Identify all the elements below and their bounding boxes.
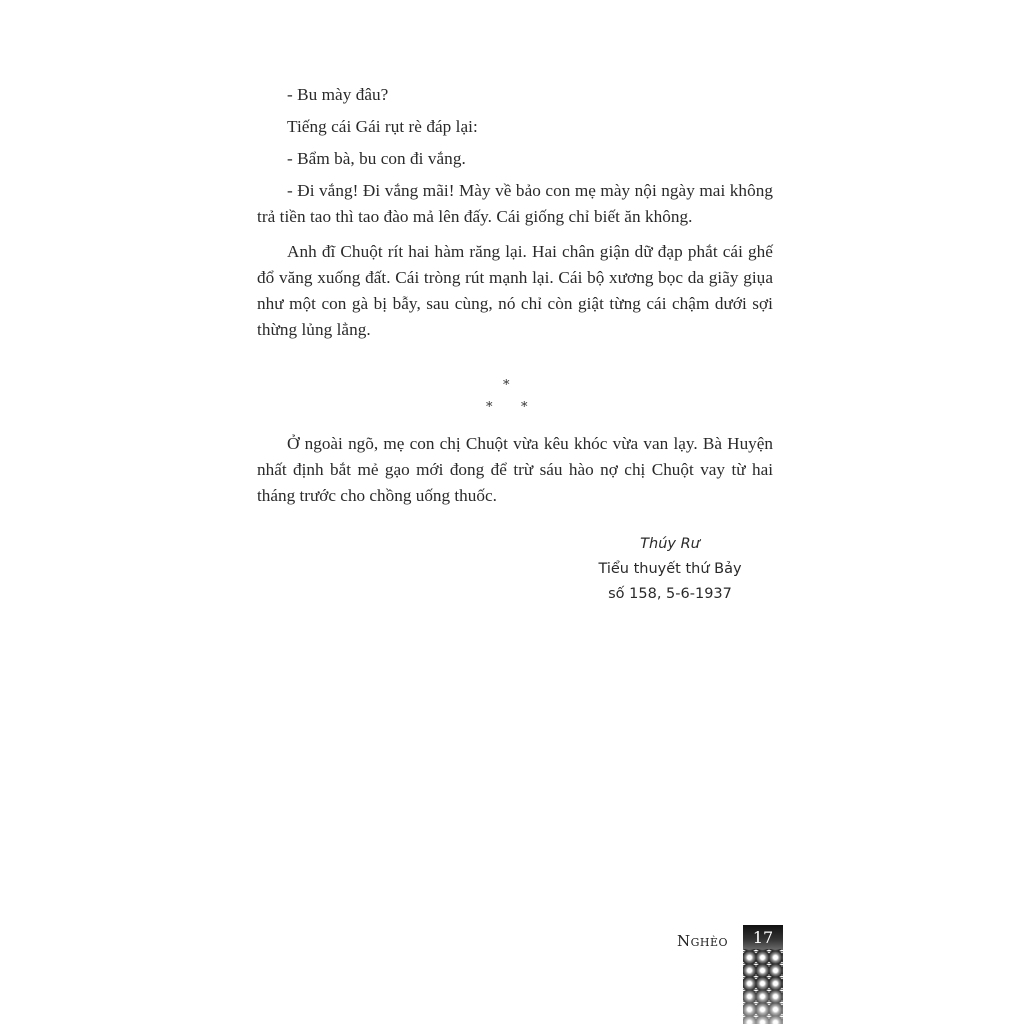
closing-paragraph: Ở ngoài ngõ, mẹ con chị Chuột vừa kêu kh…	[257, 431, 773, 509]
story-body: - Bu mày đâu? Tiếng cái Gái rụt rè đáp l…	[257, 82, 773, 343]
source-attribution: Thúy Rư Tiểu thuyết thứ Bảy số 158, 5-6-…	[570, 532, 770, 607]
dialogue-line: - Bẩm bà, bu con đi vắng.	[257, 146, 773, 172]
author-name: Thúy Rư	[570, 532, 770, 557]
closing-section: Ở ngoài ngõ, mẹ con chị Chuột vừa kêu kh…	[257, 431, 773, 509]
asterisk-icon: *	[521, 400, 528, 415]
running-title: Nghèo	[677, 932, 728, 950]
narration-line: Tiếng cái Gái rụt rè đáp lại:	[257, 114, 773, 140]
page-number-tab: 17	[743, 925, 783, 1024]
narration-paragraph: Anh đĩ Chuột rít hai hàm răng lại. Hai c…	[257, 239, 773, 343]
asterisk-icon: *	[486, 400, 493, 415]
page-number: 17	[743, 929, 783, 947]
issue-info: số 158, 5-6-1937	[570, 582, 770, 607]
publication-name: Tiểu thuyết thứ Bảy	[570, 557, 770, 582]
section-separator: * * *	[470, 378, 550, 418]
dialogue-paragraph: - Đi vắng! Đi vắng mãi! Mày về bảo con m…	[257, 178, 773, 230]
dialogue-line: - Bu mày đâu?	[257, 82, 773, 108]
asterisk-icon: *	[503, 378, 510, 393]
book-page: - Bu mày đâu? Tiếng cái Gái rụt rè đáp l…	[0, 0, 1024, 1024]
